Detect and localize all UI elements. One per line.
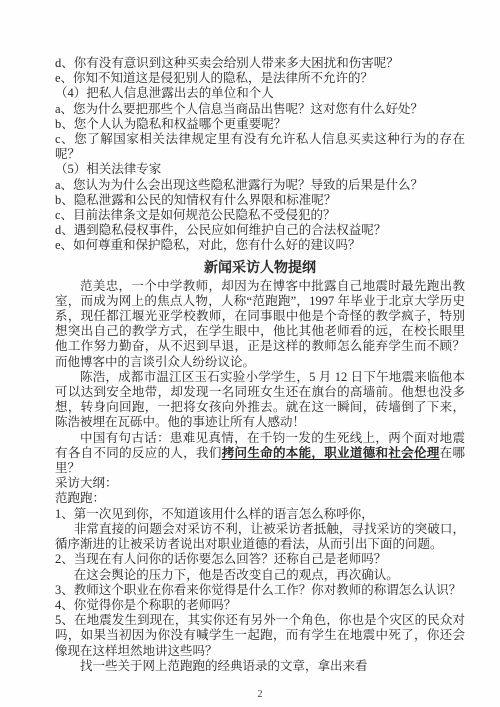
interviewee-label: 范跑跑： <box>55 491 465 506</box>
privacy-question-line: d、遇到隐私侵权事件，公民应如何维护自己的合法权益呢？ <box>55 223 465 238</box>
privacy-question-line: d、你有没有意识到这种买卖会给别人带来多大困扰和伤害呢？ <box>55 56 465 71</box>
closing-note: 找一些关于网上范跑跑的经典语录的文章，拿出来看 <box>55 659 465 674</box>
outline-label: 采访大纲： <box>55 476 465 491</box>
interview-question-4: 4、你觉得你是个称职的老师吗？ <box>55 598 465 613</box>
privacy-question-line: b、您个人认为隐私和权益哪个更重要呢？ <box>55 117 465 132</box>
paragraph-fan-meizhong-intro: 范美忠，一个中学教师，却因为在博客中批露自己地震时最先跑出教室，而成为网上的焦点… <box>55 279 465 370</box>
document-title: 新闻采访人物提纲 <box>55 261 465 277</box>
theme-emphasis-text: 拷问生命的本能，职业道德和社会伦理 <box>222 446 440 460</box>
document-page: d、你有没有意识到这种买卖会给别人带来多大困扰和伤害呢？ e、你知不知道这是侵犯… <box>0 0 500 707</box>
privacy-question-line: e、你知不知道这是侵犯别人的隐私，是法律所不允许的？ <box>55 71 465 86</box>
privacy-question-group-heading: （5）相关法律专家 <box>55 162 465 177</box>
paragraph-chen-hao-intro: 陈浩，成都市温江区玉石实验小学学生，5 月 12 日下午地震来临他本可以达到安全… <box>55 370 465 431</box>
interview-question-3: 3、教师这个职业在你看来你觉得是什么工作？你对教师的称谓怎么认识？ <box>55 583 465 598</box>
privacy-question-line: b、隐私泄露和公民的知情权有什么界限和标准呢？ <box>55 193 465 208</box>
privacy-question-list: d、你有没有意识到这种买卖会给别人带来多大困扰和伤害呢？ e、你知不知道这是侵犯… <box>55 56 465 254</box>
privacy-question-line: a、您为什么要把那些个人信息当商品出售呢？这对您有什么好处？ <box>55 102 465 117</box>
interview-question-list: 1、第一次见到你，不知道该用什么样的语言怎么称呼你， 非常直接的问题会对采访不利… <box>55 507 465 674</box>
interview-question-5: 5、在地震发生到现在，其实你还有另外一个角色，你也是个灾区的民众对吗，如果当初因… <box>55 613 465 659</box>
privacy-question-line: c、您了解国家相关法律规定里有没有允许私人信息买卖这种行为的存在呢？ <box>55 132 465 162</box>
privacy-question-group-heading: （4）把私人信息泄露出去的单位和个人 <box>55 86 465 101</box>
interview-question-1: 1、第一次见到你，不知道该用什么样的语言怎么称呼你， <box>55 507 465 522</box>
interview-question-2-note: 在这会舆论的压力下，他是否改变自己的观点，再次确认。 <box>55 568 465 583</box>
privacy-question-line: e、如何尊重和保护隐私，对此，您有什么好的建议吗？ <box>55 238 465 253</box>
privacy-question-line: c、目前法律条文是如何规范公民隐私不受侵犯的？ <box>55 208 465 223</box>
paragraph-theme: 中国有句古话：患难见真情，在千钧一发的生死线上，两个面对地震有各自不同的反应的人… <box>55 431 465 477</box>
privacy-question-line: a、您认为为什么会出现这些隐私泄露行为呢？导致的后果是什么？ <box>55 178 465 193</box>
page-number: 2 <box>55 687 465 702</box>
interview-question-2: 2、当现在有人问你的话你要怎么回答？还称自己是老师吗？ <box>55 552 465 567</box>
interview-question-1-note: 非常直接的问题会对采访不利，让被采访者抵触，寻找采访的突破口，循序渐进的让被采访… <box>55 522 465 552</box>
